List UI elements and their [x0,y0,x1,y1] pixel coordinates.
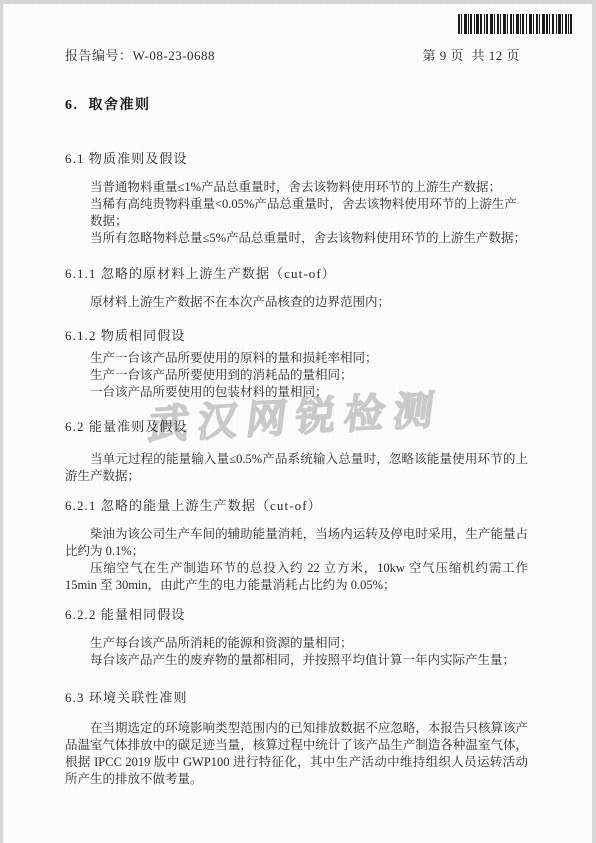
page-header: 报告编号：W-08-23-0688 第 9 页 共 12 页 [65,4,528,64]
body-line: 当所有忽略物料总量≤5%产品总重量时，舍去该物料使用环节的上游生产数据； [65,230,528,247]
section-heading: 6.3 环境关联性准则 [65,687,528,706]
section-6-2-2: 6.2.2 能量相同假设 生产每台该产品所消耗的能源和资源的量相同； 每台该产品… [65,604,528,669]
section-body: 当普通物料重量≤1%产品总重量时，舍去该物料使用环节的上游生产数据； 当稀有高纯… [65,179,528,247]
body-paragraph: 压缩空气在生产制造环节的总投入约 22 立方米，10kw 空气压缩机约需工作 1… [65,560,528,594]
section-heading: 6.1.1 忽略的原材料上游生产数据（cut-of） [65,263,528,282]
body-line: 生产一台该产品所要使用的原料的量和损耗率相同； [65,350,528,367]
body-line: 生产一台该产品所要使用到的消耗品的量相同； [65,367,528,384]
section-6-1: 6.1 物质准则及假设 当普通物料重量≤1%产品总重量时，舍去该物料使用环节的上… [65,148,528,247]
document-page: 武汉网锐检测 报告编号：W-08-23-0688 第 9 页 共 12 页 6.… [3,4,592,843]
body-paragraph: 柴油为该公司生产车间的辅助能量消耗，当场内运转及停电时采用，生产能量占比约为 0… [65,526,528,560]
section-6-2-1: 6.2.1 忽略的能量上游生产数据（cut-of） 柴油为该公司生产车间的辅助能… [65,495,528,594]
section-body: 原材料上游生产数据不在本次产品核查的边界范围内； [65,294,528,311]
section-heading: 6.1.2 物质相同假设 [65,325,528,344]
body-line: 生产每台该产品所消耗的能源和资源的量相同； [65,635,528,652]
chapter-title: 6. 取舍准则 [65,94,528,114]
section-6-3: 6.3 环境关联性准则 在当期选定的环境影响类型范围内的已知排放数据不应忽略，本… [65,687,528,788]
body-line: 当稀有高纯贵物料重量<0.05%产品总重量时，舍去该物料使用环节的上游生产数据； [65,196,528,230]
page-indicator: 第 9 页 共 12 页 [422,45,520,64]
body-line: 当普通物料重量≤1%产品总重量时，舍去该物料使用环节的上游生产数据； [65,179,528,196]
body-line: 一台该产品所要使用的包装材料的量相同； [65,384,528,401]
body-paragraph: 在当期选定的环境影响类型范围内的已知排放数据不应忽略，本报告只核算该产品温室气体… [65,720,528,788]
body-paragraph: 当单元过程的能量输入量≤0.5%产品系统输入总量时，忽略该能量使用环节的上游生产… [65,451,528,485]
section-6-1-2: 6.1.2 物质相同假设 生产一台该产品所要使用的原料的量和损耗率相同； 生产一… [65,325,528,401]
section-heading: 6.1 物质准则及假设 [65,148,528,167]
report-number: 报告编号：W-08-23-0688 [65,45,215,64]
section-6-1-1: 6.1.1 忽略的原材料上游生产数据（cut-of） 原材料上游生产数据不在本次… [65,263,528,311]
section-6-2: 6.2 能量准则及假设 当单元过程的能量输入量≤0.5%产品系统输入总量时，忽略… [65,416,528,485]
section-heading: 6.2.2 能量相同假设 [65,604,528,623]
page-content: 报告编号：W-08-23-0688 第 9 页 共 12 页 6. 取舍准则 6… [3,4,592,788]
section-heading: 6.2 能量准则及假设 [65,416,528,435]
body-line: 每台该产品产生的废弃物的量都相同，并按照平均值计算一年内实际产生量； [65,652,528,669]
section-body: 生产每台该产品所消耗的能源和资源的量相同； 每台该产品产生的废弃物的量都相同，并… [65,635,528,669]
body-line: 原材料上游生产数据不在本次产品核查的边界范围内； [65,294,528,311]
section-body: 生产一台该产品所要使用的原料的量和损耗率相同； 生产一台该产品所要使用到的消耗品… [65,350,528,401]
section-heading: 6.2.1 忽略的能量上游生产数据（cut-of） [65,495,528,514]
